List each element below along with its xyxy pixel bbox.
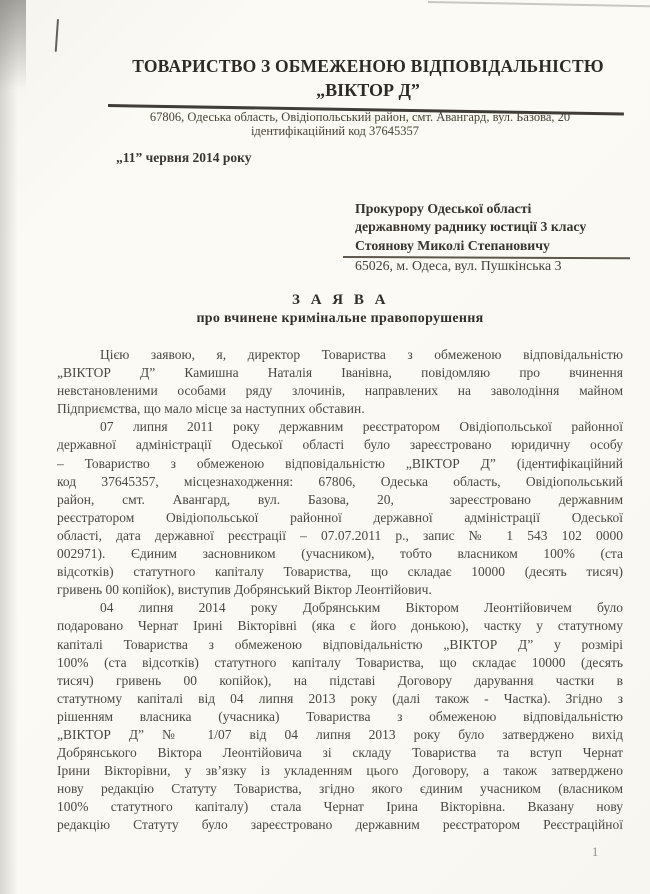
company-name-line1: ТОВАРИСТВО З ОБМЕЖЕНОЮ ВІДПОВІДАЛЬНІСТЮ (112, 56, 624, 77)
body-line: редакцію Статуту було зареєстровано держ… (57, 816, 623, 834)
pen-mark (55, 19, 59, 52)
body-line: статутному капіталі від 04 липня 2013 ро… (57, 690, 623, 708)
company-name-line2: „ВІКТОР Д” (112, 80, 624, 101)
body-line: реєстратором Овідіопольської районної де… (57, 509, 623, 527)
body-line: район, смт. Авангард, вул. Базова, 20, з… (57, 491, 623, 509)
body-line: „ВІКТОР Д” Камишна Наталія Іванівна, пов… (57, 364, 623, 382)
body-line: державної адміністрації Одеської області… (57, 436, 623, 454)
body-line: подаровано Чернат Ірині Вікторівні (яка … (57, 617, 623, 635)
body-line: 100% статутного капіталу) стала Чернат І… (57, 798, 623, 816)
addressee-block: Прокурору Одеської області державному ра… (355, 200, 631, 255)
document-subtitle: про вчинене кримінальне правопорушення (57, 311, 623, 327)
body-line: Підприємства, що мало місце за наступних… (57, 400, 623, 418)
letterhead-id-code: ідентифікаційний код 37645357 (65, 124, 605, 139)
body-line: нову редакцію Статуту Товариства, згідно… (57, 780, 623, 798)
body-line: 07 липня 2011 року державним реєстраторо… (57, 418, 623, 436)
body-line: Добрянського Віктора Леонтійовича зі скл… (57, 744, 623, 762)
body-line: області, дата державної реєстрації – 07.… (57, 527, 623, 545)
body-line: рішенням власника (учасника) Товариства … (57, 708, 623, 726)
addressee-line: Стоянову Миколі Степановичу (355, 237, 631, 255)
letterhead-address: 67806, Одеська область, Овідіопольський … (90, 110, 630, 125)
body-line: тисяч) гривень 00 копійок), на підставі … (57, 672, 623, 690)
scan-top-left-corner-shadow (0, 0, 26, 90)
scan-top-edge-line (428, 1, 650, 7)
document-body: Цією заявою, я, директор Товариства з об… (57, 346, 623, 835)
body-line: невстановленими особами ряду злочинів, н… (57, 382, 623, 400)
body-line: Цією заявою, я, директор Товариства з об… (57, 346, 623, 364)
document-date: „11” червня 2014 року (116, 150, 251, 166)
body-line: гривень 00 копійок), виступив Добрянськи… (57, 581, 623, 599)
body-line: капіталі Товариства з обмеженою відповід… (57, 636, 623, 654)
document-title-block: З А Я В А про вчинене кримінальне правоп… (57, 292, 623, 327)
body-line: „ВІКТОР Д” № 1/07 від 04 липня 2013 року… (57, 726, 623, 744)
body-line: – Товариство з обмеженою відповідальніст… (57, 455, 623, 473)
addressee-line: Прокурору Одеської області (355, 200, 631, 218)
body-line: 04 липня 2014 року Добрянським Віктором … (57, 599, 623, 617)
document-title: З А Я В А (57, 292, 623, 309)
body-line: 002971). Єдиним засновником (учасником),… (57, 545, 623, 563)
page-number: 1 (592, 845, 598, 860)
letterhead: ТОВАРИСТВО З ОБМЕЖЕНОЮ ВІДПОВІДАЛЬНІСТЮ … (112, 56, 624, 101)
body-line: код 37645357, місцезнаходження: 67806, О… (57, 473, 623, 491)
addressee-address: 65026, м. Одеса, вул. Пушкінська 3 (355, 258, 562, 274)
body-line: Ірини Вікторівни, у зв’язку із укладення… (57, 762, 623, 780)
addressee-line: державному раднику юстиції 3 класу (355, 218, 631, 236)
body-line: 100% (ста відсотків) статутного капіталу… (57, 654, 623, 672)
body-line: відсотків) статутного капіталу Товариств… (57, 563, 623, 581)
scan-left-edge-shadow (0, 0, 18, 894)
